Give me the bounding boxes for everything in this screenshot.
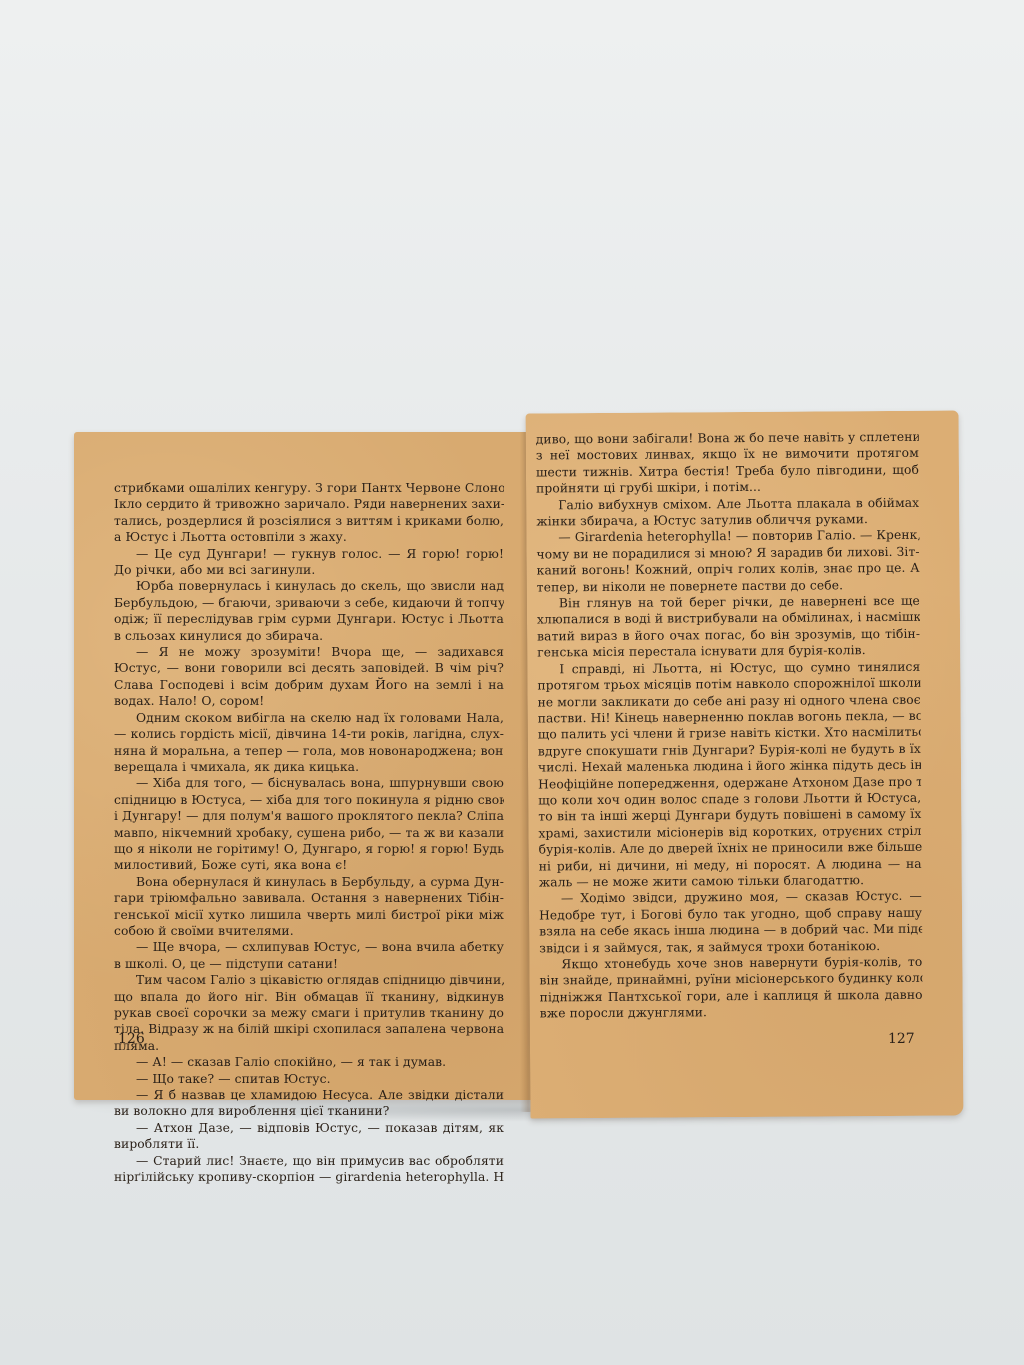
text-line: До річки, або ми всі загинули.	[114, 562, 504, 578]
text-line: — Це суд Дунгари! — гукнув голос. — Я го…	[114, 546, 504, 562]
text-line: виробляти її.	[114, 1136, 504, 1152]
text-line: в сльозах кинулися до збирача.	[114, 628, 504, 644]
text-line: — Я не можу зрозуміти! Вчора ще, — задих…	[114, 644, 504, 660]
text-line: в школі. О, це — підступи сатани!	[114, 956, 504, 972]
text-line: — А! — сказав Галіо спокійно, — я так і …	[114, 1054, 504, 1070]
text-line: вже поросли джунглями.	[540, 1003, 923, 1022]
text-line: милостивий, Боже суті, яка вона є!	[114, 857, 504, 873]
right-page-number: 127	[888, 1031, 915, 1047]
text-line: Юрба повернулась і кинулась до скель, що…	[114, 578, 504, 594]
text-line: а Юстус і Льотта остовпіли з жаху.	[114, 529, 504, 545]
text-line: бурія-колів. Але до дверей їхніх не прин…	[539, 839, 922, 858]
text-line: — Ще вчора, — схлипував Юстус, — вона вч…	[114, 939, 504, 955]
text-line: гари тріюмфально завивала. Остання з нав…	[114, 890, 504, 906]
text-line: — Я б назвав це хламидою Несуса. Але зві…	[114, 1087, 504, 1103]
text-line: Ікло сердито й тривожно заричало. Ряди н…	[114, 496, 504, 512]
text-line: собою й своїми вчителями.	[114, 923, 504, 939]
right-page-text: диво, що вони забігали! Вона ж бо пече н…	[536, 429, 923, 1022]
text-line: верещала і чмихала, як дика кицька.	[114, 759, 504, 775]
text-line: водах. Нало! О, сором!	[114, 693, 504, 709]
left-page-number: 126	[118, 1031, 145, 1047]
text-line: Слава Господеві і всім добрим духам Його…	[114, 677, 504, 693]
left-page: стрибками ошалілих кенгуру. З гори Пантх…	[74, 432, 534, 1100]
text-line: мавпо, нікчемний хробаку, сушена рибо, —…	[114, 825, 504, 841]
text-line: що я ніколи не горітиму! О, Дунгаро, я г…	[114, 841, 504, 857]
text-line: Тим часом Галіо з цікавістю оглядав спід…	[114, 972, 504, 988]
text-line: тіла. Відразу ж на білій шкірі схопилася…	[114, 1021, 504, 1037]
text-line: Одним скоком вибігла на скелю над їх гол…	[114, 710, 504, 726]
text-line: няна й моральна, а тепер — гола, мов нов…	[114, 743, 504, 759]
text-line: генської місії хутко лишила чверть милі …	[114, 907, 504, 923]
text-line: протягом трьох місяців потім навколо спо…	[537, 675, 920, 694]
text-line: каний вогонь! Кожний, опріч голих колів,…	[537, 560, 920, 579]
text-line: — Старий лис! Знаєте, що він примусив ва…	[114, 1153, 504, 1169]
text-line: Вона обернулася й кинулась в Бербульду, …	[114, 874, 504, 890]
text-line: Бербульдою, — бгаючи, зриваючи з себе, к…	[114, 595, 504, 611]
text-line: спідницю в Юстуса, — хіба для того покин…	[114, 792, 504, 808]
text-line: нірґілійську кропиву-скорпіон — girarden…	[114, 1169, 504, 1185]
text-line: ні риби, ні дичини, ні меду, ні поросят.…	[539, 855, 922, 874]
text-line: числі. Нехай маленька людина і його жінк…	[538, 757, 921, 776]
text-line: рукав своєї сорочки за межу смаги і прит…	[114, 1005, 504, 1021]
text-line: тались, роздерлися й розсіялися з виттям…	[114, 513, 504, 529]
text-line: — Атхон Дазе, — відповів Юстус, — показа…	[114, 1120, 504, 1136]
text-line: — Хіба для того, — біснувалась вона, шпу…	[114, 775, 504, 791]
text-line: стрибками ошалілих кенгуру. З гори Пантх…	[114, 480, 504, 496]
text-line: ви волокно для вироблення цієї тканини?	[114, 1103, 504, 1119]
text-line: — колись гордість місії, дівчина 14-ти р…	[114, 726, 504, 742]
text-line: підніжжя Пантхської гори, але і каплиця …	[540, 987, 923, 1006]
text-line: Юстус, — вони говорили всі десять запові…	[114, 660, 504, 676]
left-page-text: стрибками ошалілих кенгуру. З гори Пантх…	[114, 480, 504, 1185]
text-line: що впала до його ніг. Він обмацав її тка…	[114, 989, 504, 1005]
text-line: пляма.	[114, 1038, 504, 1054]
text-line: і Дунгару! — для полум'я вашого проклято…	[114, 808, 504, 824]
text-line: одіж; її переслідував грім сурми Дунгари…	[114, 611, 504, 627]
text-line: шести тижнів. Хитра бестія! Треба було п…	[536, 462, 919, 481]
right-page: диво, що вони забігали! Вона ж бо пече н…	[526, 410, 964, 1118]
text-line: — Що таке? — спитав Юстус.	[114, 1071, 504, 1087]
